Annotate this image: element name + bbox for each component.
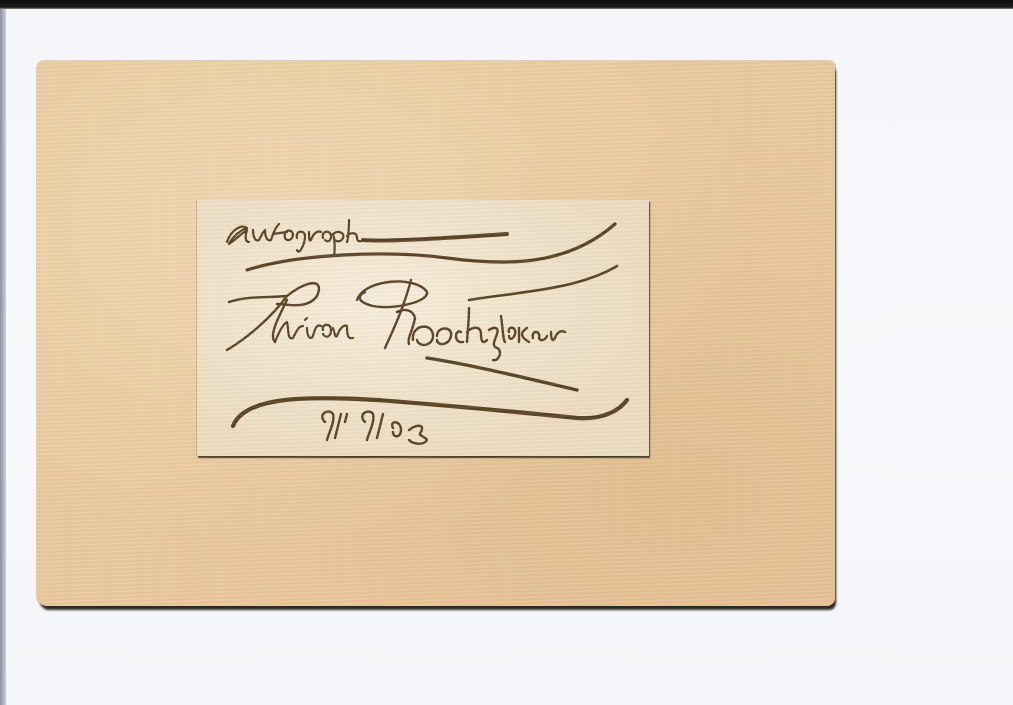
date-ink — [322, 412, 427, 444]
autograph-card: Autograph Reiton Hoschzricker 9/19/03 — [197, 200, 649, 456]
top-flourish — [247, 224, 615, 270]
autograph-heading-ink — [227, 220, 507, 256]
signature-text: Reiton Hoschzricker — [197, 200, 198, 201]
handwriting-ink — [197, 200, 649, 456]
signature-ink — [227, 266, 617, 390]
date-text: 9/19/03 — [197, 200, 198, 201]
mount-card: Autograph Reiton Hoschzricker 9/19/03 — [37, 61, 835, 606]
scanner-top-edge — [0, 0, 1013, 9]
autograph-heading: Autograph — [197, 200, 198, 201]
bottom-flourish — [233, 398, 627, 426]
